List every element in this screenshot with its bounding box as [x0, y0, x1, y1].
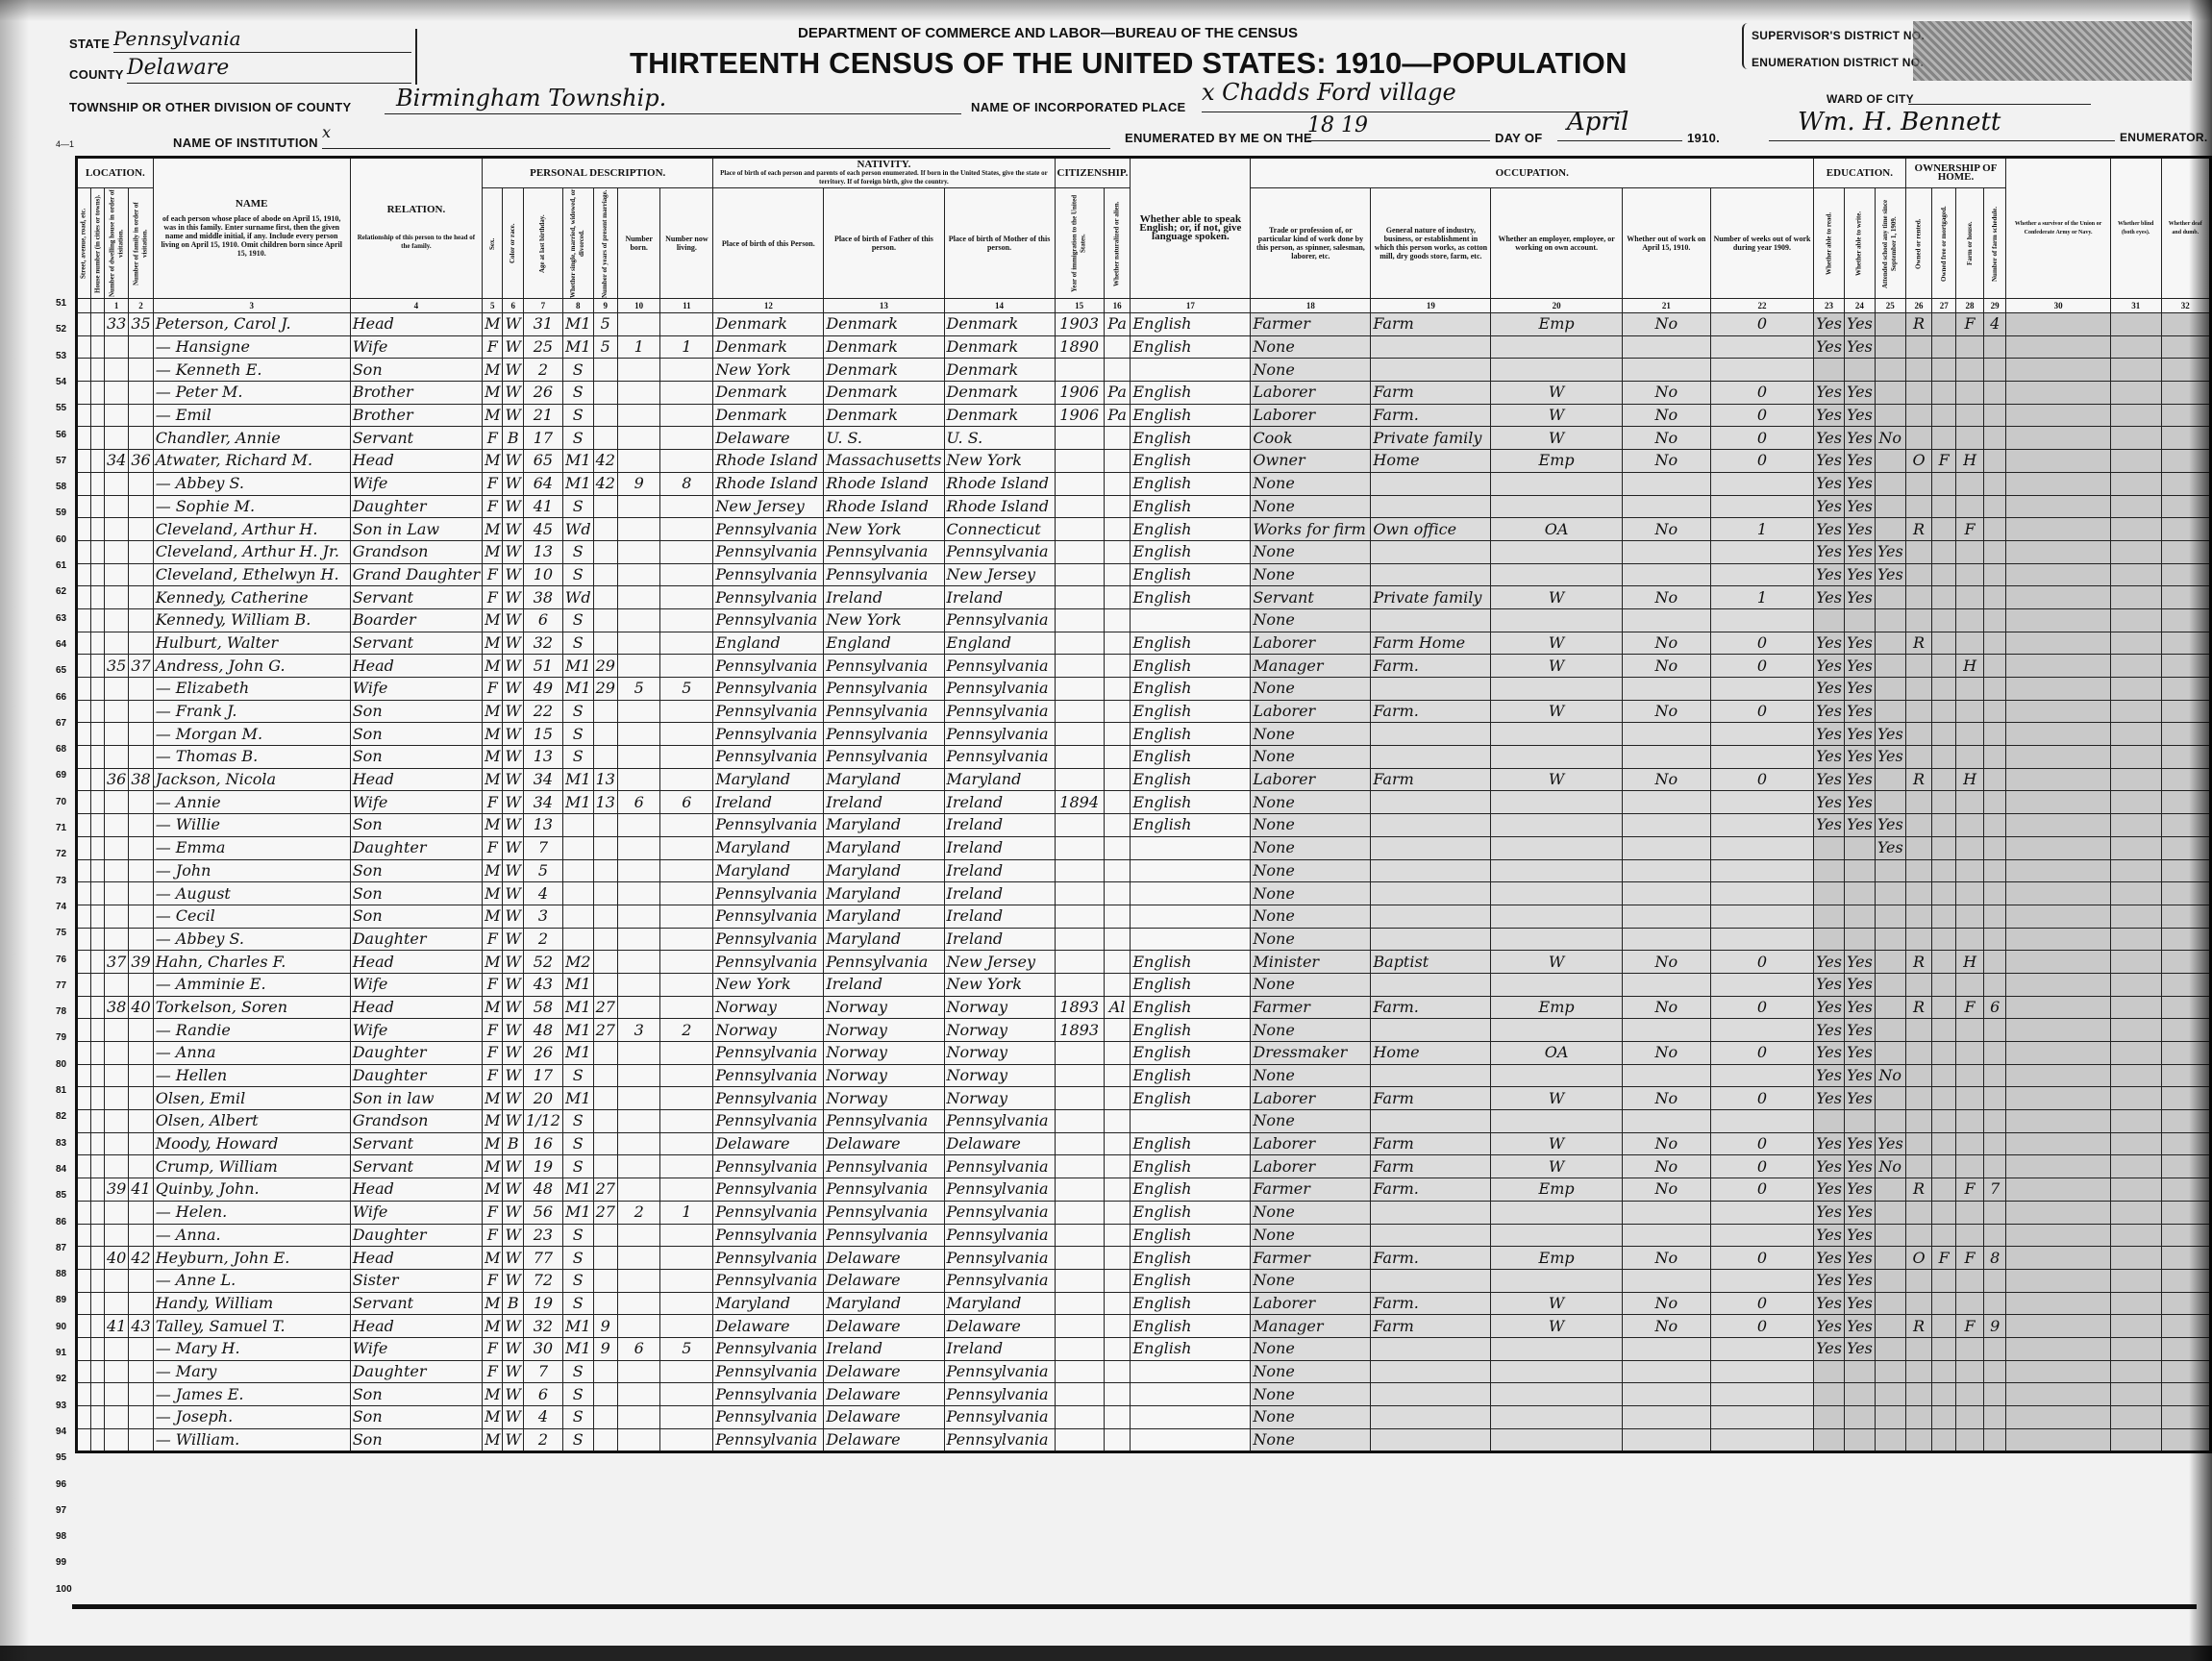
out-of-work-cell [1622, 905, 1710, 928]
age-cell: 48 [523, 1019, 562, 1042]
can-write-cell: Yes [1844, 1315, 1875, 1338]
can-write-cell [1844, 905, 1875, 928]
children-born-cell [617, 905, 660, 928]
column-number: 2 [129, 299, 153, 313]
language-cell: English [1131, 1132, 1251, 1155]
attended-school-cell [1875, 655, 1905, 678]
can-read-cell: Yes [1814, 632, 1845, 655]
out-of-work-cell: No [1622, 586, 1710, 609]
out-of-work-cell [1622, 859, 1710, 882]
dwelling-number-cell [105, 928, 129, 951]
farm-schedule-cell [1984, 723, 2006, 746]
industry-cell [1371, 678, 1491, 701]
can-read-cell: Yes [1814, 1247, 1845, 1270]
farm-schedule-cell [1984, 495, 2006, 518]
weeks-out-cell [1710, 359, 1813, 382]
marital-status-cell [562, 814, 593, 837]
farm-schedule-cell: 6 [1984, 996, 2006, 1019]
years-married-cell [593, 973, 617, 996]
language-cell: English [1131, 1155, 1251, 1178]
blind-cell [2110, 1224, 2161, 1247]
farm-schedule-cell [1984, 928, 2006, 951]
farm-schedule-cell [1984, 814, 2006, 837]
can-read-cell: Yes [1814, 1132, 1845, 1155]
veteran-cell [2006, 427, 2111, 450]
employer-status-cell [1491, 723, 1622, 746]
marital-status-cell [562, 836, 593, 859]
census-rows: 3335Peterson, Carol J.HeadMW31M15Denmark… [77, 313, 2211, 1452]
line-number: 88 [56, 1269, 66, 1279]
language-cell: English [1131, 427, 1251, 450]
free-mortgaged-cell [1932, 1110, 1956, 1133]
free-mortgaged-cell [1932, 814, 1956, 837]
race-cell: W [503, 882, 523, 905]
family-number-cell [129, 335, 153, 359]
incorporated-place-value: x Chadds Ford village [1202, 79, 1456, 106]
race-cell: W [503, 632, 523, 655]
empty-cell [91, 1110, 105, 1133]
marital-status-cell: M1 [562, 1337, 593, 1360]
children-born-cell [617, 746, 660, 769]
veteran-cell [2006, 1110, 2111, 1133]
veteran-cell [2006, 859, 2111, 882]
attended-school-cell [1875, 404, 1905, 427]
naturalization-cell [1104, 1247, 1131, 1270]
out-of-work-cell [1622, 814, 1710, 837]
children-born-cell [617, 1110, 660, 1133]
col-children-living: Number now living. [660, 188, 713, 299]
table-row: Cleveland, Arthur H. Jr.GrandsonMW13SPen… [77, 540, 2211, 563]
scan-bottom-edge [0, 1646, 2212, 1661]
table-row: — William.SonMW2SPennsylvaniaDelawarePen… [77, 1428, 2211, 1452]
race-cell: W [503, 1064, 523, 1087]
mother-birthplace-cell: Ireland [944, 928, 1055, 951]
children-living-cell [660, 382, 713, 405]
empty-cell [77, 905, 91, 928]
table-row: — HellenDaughterFW17SPennsylvaniaNorwayN… [77, 1064, 2211, 1087]
sex-cell: M [483, 382, 503, 405]
can-write-cell: Yes [1844, 1201, 1875, 1224]
birthplace-cell: Pennsylvania [713, 1383, 824, 1406]
owned-rented-cell [1905, 1110, 1932, 1133]
weeks-out-cell [1710, 791, 1813, 814]
children-living-cell: 1 [660, 335, 713, 359]
years-married-cell: 5 [593, 313, 617, 336]
free-mortgaged-cell [1932, 1178, 1956, 1202]
out-of-work-cell: No [1622, 382, 1710, 405]
blind-cell [2110, 1383, 2161, 1406]
years-married-cell [593, 1292, 617, 1315]
trade-cell: Manager [1251, 1315, 1371, 1338]
owned-rented-cell: R [1905, 951, 1932, 974]
person-name-cell: — Emma [153, 836, 350, 859]
age-cell: 52 [523, 951, 562, 974]
industry-cell: Private family [1371, 427, 1491, 450]
father-birthplace-cell: New York [824, 608, 944, 632]
person-name-cell: Heyburn, John E. [153, 1247, 350, 1270]
weeks-out-cell [1710, 563, 1813, 586]
farm-house-cell [1956, 404, 1984, 427]
free-mortgaged-cell [1932, 1383, 1956, 1406]
trade-cell: None [1251, 540, 1371, 563]
sex-cell: M [483, 450, 503, 473]
race-cell: W [503, 313, 523, 336]
marital-status-cell: M1 [562, 996, 593, 1019]
relation-cell: Son [350, 882, 482, 905]
attended-school-cell: No [1875, 427, 1905, 450]
farm-schedule-cell [1984, 427, 2006, 450]
trade-cell: None [1251, 1383, 1371, 1406]
can-write-cell [1844, 1110, 1875, 1133]
industry-cell: Farm. [1371, 1247, 1491, 1270]
children-born-cell [617, 951, 660, 974]
column-number: 27 [1932, 299, 1956, 313]
dwelling-number-cell [105, 1042, 129, 1065]
age-cell: 56 [523, 1201, 562, 1224]
children-living-cell [660, 1132, 713, 1155]
years-married-cell: 9 [593, 1337, 617, 1360]
dwelling-number-cell [105, 973, 129, 996]
relation-cell: Wife [350, 472, 482, 495]
children-born-cell [617, 973, 660, 996]
immigration-year-cell: 1890 [1055, 335, 1104, 359]
table-row: — EmilBrotherMW21SDenmarkDenmarkDenmark1… [77, 404, 2211, 427]
owned-rented-cell [1905, 791, 1932, 814]
col-read: Whether able to read. [1814, 188, 1845, 299]
birthplace-cell: Norway [713, 996, 824, 1019]
years-married-cell: 27 [593, 996, 617, 1019]
mother-birthplace-cell: Norway [944, 1019, 1055, 1042]
children-living-cell [660, 1406, 713, 1429]
employer-status-cell: W [1491, 655, 1622, 678]
empty-cell [91, 951, 105, 974]
birthplace-cell: New York [713, 973, 824, 996]
children-born-cell [617, 1064, 660, 1087]
deaf-cell [2161, 1315, 2211, 1338]
deaf-cell [2161, 928, 2211, 951]
owned-rented-cell: O [1905, 1247, 1932, 1270]
person-name-cell: — Thomas B. [153, 746, 350, 769]
children-living-cell [660, 1110, 713, 1133]
birthplace-cell: Pennsylvania [713, 1155, 824, 1178]
empty-cell [77, 359, 91, 382]
immigration-year-cell [1055, 700, 1104, 723]
attended-school-cell: Yes [1875, 1132, 1905, 1155]
language-cell: English [1131, 1247, 1251, 1270]
person-name-cell: — Amminie E. [153, 973, 350, 996]
marital-status-cell: Wd [562, 518, 593, 541]
attended-school-cell [1875, 791, 1905, 814]
farm-house-cell [1956, 973, 1984, 996]
children-living-cell [660, 905, 713, 928]
children-living-cell [660, 1087, 713, 1110]
relation-cell: Wife [350, 973, 482, 996]
blind-cell [2110, 632, 2161, 655]
immigration-year-cell [1055, 1383, 1104, 1406]
free-mortgaged-cell [1932, 335, 1956, 359]
can-write-cell: Yes [1844, 1087, 1875, 1110]
trade-cell: Laborer [1251, 1292, 1371, 1315]
table-row: Olsen, EmilSon in lawMW20M1PennsylvaniaN… [77, 1087, 2211, 1110]
weeks-out-cell [1710, 1406, 1813, 1429]
naturalization-cell [1104, 335, 1131, 359]
blind-cell [2110, 951, 2161, 974]
immigration-year-cell [1055, 495, 1104, 518]
birthplace-cell: Norway [713, 1019, 824, 1042]
race-cell: W [503, 1269, 523, 1292]
immigration-year-cell [1055, 836, 1104, 859]
sex-cell: M [483, 655, 503, 678]
column-number: 29 [1984, 299, 2006, 313]
age-cell: 25 [523, 335, 562, 359]
farm-schedule-cell [1984, 1224, 2006, 1247]
children-living-cell [660, 404, 713, 427]
weeks-out-cell: 0 [1710, 1132, 1813, 1155]
weeks-out-cell [1710, 1224, 1813, 1247]
mother-birthplace-cell: Ireland [944, 814, 1055, 837]
empty-cell [77, 723, 91, 746]
immigration-year-cell [1055, 472, 1104, 495]
father-birthplace-cell: U. S. [824, 427, 944, 450]
years-married-cell [593, 814, 617, 837]
age-cell: 49 [523, 678, 562, 701]
farm-house-cell [1956, 836, 1984, 859]
owned-rented-cell: O [1905, 450, 1932, 473]
industry-cell [1371, 359, 1491, 382]
immigration-year-cell: 1893 [1055, 1019, 1104, 1042]
out-of-work-cell: No [1622, 1155, 1710, 1178]
person-name-cell: Cleveland, Arthur H. Jr. [153, 540, 350, 563]
dwelling-number-cell [105, 723, 129, 746]
free-mortgaged-cell [1932, 540, 1956, 563]
immigration-year-cell [1055, 1224, 1104, 1247]
race-cell: W [503, 404, 523, 427]
industry-cell [1371, 836, 1491, 859]
children-born-cell [617, 586, 660, 609]
sex-cell: F [483, 427, 503, 450]
farm-schedule-cell [1984, 973, 2006, 996]
deaf-cell [2161, 1337, 2211, 1360]
trade-cell: None [1251, 1110, 1371, 1133]
sex-cell: M [483, 632, 503, 655]
farm-house-cell [1956, 335, 1984, 359]
col-dwelling: Number of dwelling house in order of vis… [105, 188, 129, 299]
free-mortgaged-cell [1932, 905, 1956, 928]
column-number: 7 [523, 299, 562, 313]
veteran-cell [2006, 563, 2111, 586]
free-mortgaged-cell [1932, 608, 1956, 632]
free-mortgaged-cell [1932, 1042, 1956, 1065]
blind-cell [2110, 335, 2161, 359]
naturalization-cell [1104, 1315, 1131, 1338]
trade-cell: None [1251, 1269, 1371, 1292]
can-write-cell: Yes [1844, 973, 1875, 996]
race-cell: W [503, 586, 523, 609]
farm-schedule-cell [1984, 563, 2006, 586]
farm-schedule-cell [1984, 608, 2006, 632]
naturalization-cell [1104, 928, 1131, 951]
father-birthplace-cell: Maryland [824, 1292, 944, 1315]
naturalization-cell [1104, 1064, 1131, 1087]
out-of-work-cell [1622, 540, 1710, 563]
immigration-year-cell: 1893 [1055, 996, 1104, 1019]
owned-rented-cell [1905, 1087, 1932, 1110]
empty-cell [91, 382, 105, 405]
employer-status-cell: OA [1491, 1042, 1622, 1065]
free-mortgaged-cell [1932, 1064, 1956, 1087]
deaf-cell [2161, 1247, 2211, 1270]
race-cell: W [503, 563, 523, 586]
family-number-cell [129, 427, 153, 450]
empty-cell [91, 1178, 105, 1202]
month-value: April [1567, 108, 1628, 136]
farm-house-cell [1956, 882, 1984, 905]
line-number: 75 [56, 928, 66, 938]
relation-cell: Head [350, 313, 482, 336]
deaf-cell [2161, 746, 2211, 769]
line-number: 59 [56, 508, 66, 518]
can-read-cell [1814, 1360, 1845, 1383]
column-number: 9 [593, 299, 617, 313]
column-number [77, 299, 91, 313]
language-cell: English [1131, 404, 1251, 427]
can-read-cell: Yes [1814, 1178, 1845, 1202]
birthplace-cell: Pennsylvania [713, 586, 824, 609]
race-cell: W [503, 1042, 523, 1065]
farm-house-cell [1956, 859, 1984, 882]
attended-school-cell [1875, 518, 1905, 541]
birthplace-cell: Delaware [713, 427, 824, 450]
line-number: 63 [56, 613, 66, 624]
industry-cell: Farm [1371, 1087, 1491, 1110]
free-mortgaged-cell [1932, 1406, 1956, 1429]
years-married-cell [593, 1269, 617, 1292]
column-number: 28 [1956, 299, 1984, 313]
language-cell: English [1131, 1042, 1251, 1065]
years-married-cell: 27 [593, 1201, 617, 1224]
person-name-cell: — Mary [153, 1360, 350, 1383]
children-living-cell: 1 [660, 1201, 713, 1224]
relation-cell: Sister [350, 1269, 482, 1292]
children-born-cell [617, 1247, 660, 1270]
language-cell: English [1131, 472, 1251, 495]
mother-birthplace-cell: New Jersey [944, 563, 1055, 586]
weeks-out-cell [1710, 836, 1813, 859]
deaf-cell [2161, 1428, 2211, 1452]
naturalization-cell [1104, 700, 1131, 723]
trade-cell: None [1251, 495, 1371, 518]
children-living-cell [660, 313, 713, 336]
race-cell: W [503, 495, 523, 518]
employer-status-cell [1491, 1337, 1622, 1360]
children-living-cell: 5 [660, 678, 713, 701]
industry-cell: Farm [1371, 1155, 1491, 1178]
free-mortgaged-cell [1932, 427, 1956, 450]
dwelling-number-cell: 37 [105, 951, 129, 974]
sex-cell: F [483, 928, 503, 951]
immigration-year-cell [1055, 655, 1104, 678]
veteran-cell [2006, 836, 2111, 859]
mother-birthplace-cell: Pennsylvania [944, 1201, 1055, 1224]
language-cell [1131, 608, 1251, 632]
empty-cell [77, 882, 91, 905]
trade-cell: Farmer [1251, 313, 1371, 336]
naturalization-cell [1104, 1110, 1131, 1133]
deaf-cell [2161, 723, 2211, 746]
children-born-cell [617, 859, 660, 882]
empty-cell [91, 1155, 105, 1178]
weeks-out-cell: 0 [1710, 404, 1813, 427]
father-birthplace-cell: England [824, 632, 944, 655]
person-name-cell: — Anna [153, 1042, 350, 1065]
language-cell: English [1131, 1064, 1251, 1087]
table-row: — HansigneWifeFW25M1511DenmarkDenmarkDen… [77, 335, 2211, 359]
naturalization-cell [1104, 1406, 1131, 1429]
line-number: 69 [56, 770, 66, 781]
language-cell: English [1131, 1178, 1251, 1202]
family-number-cell [129, 1132, 153, 1155]
trade-cell: Farmer [1251, 996, 1371, 1019]
empty-cell [91, 996, 105, 1019]
can-read-cell [1814, 608, 1845, 632]
dwelling-number-cell: 36 [105, 768, 129, 791]
language-cell: English [1131, 973, 1251, 996]
can-read-cell: Yes [1814, 335, 1845, 359]
family-number-cell: 39 [129, 951, 153, 974]
veteran-cell [2006, 1155, 2111, 1178]
person-name-cell: — Sophie M. [153, 495, 350, 518]
weeks-out-cell: 0 [1710, 1087, 1813, 1110]
immigration-year-cell [1055, 518, 1104, 541]
line-number: 52 [56, 324, 66, 335]
person-name-cell: Handy, William [153, 1292, 350, 1315]
can-write-cell: Yes [1844, 746, 1875, 769]
line-number: 57 [56, 456, 66, 466]
naturalization-cell [1104, 1360, 1131, 1383]
attended-school-cell [1875, 882, 1905, 905]
person-name-cell: Talley, Samuel T. [153, 1315, 350, 1338]
industry-cell: Farm. [1371, 1292, 1491, 1315]
employer-status-cell: Emp [1491, 996, 1622, 1019]
father-birthplace-cell: Pennsylvania [824, 951, 944, 974]
father-birthplace-cell: Denmark [824, 359, 944, 382]
free-mortgaged-cell [1932, 973, 1956, 996]
employer-status-cell [1491, 836, 1622, 859]
children-born-cell: 5 [617, 678, 660, 701]
can-read-cell: Yes [1814, 1064, 1845, 1087]
group-name: NAME of each person whose place of abode… [153, 158, 350, 299]
immigration-year-cell [1055, 1178, 1104, 1202]
farm-schedule-cell [1984, 1406, 2006, 1429]
attended-school-cell [1875, 951, 1905, 974]
farm-schedule-cell [1984, 472, 2006, 495]
trade-cell: None [1251, 882, 1371, 905]
birthplace-cell: Denmark [713, 335, 824, 359]
children-born-cell [617, 1042, 660, 1065]
col-age: Age at last birthday. [523, 188, 562, 299]
marital-status-cell: S [562, 404, 593, 427]
farm-schedule-cell [1984, 1428, 2006, 1452]
birthplace-cell: Pennsylvania [713, 951, 824, 974]
farm-house-cell [1956, 608, 1984, 632]
col-birthplace-father: Place of birth of Father of this person. [824, 188, 944, 299]
free-mortgaged-cell [1932, 313, 1956, 336]
district-bracket [1742, 23, 1748, 69]
line-number: 60 [56, 534, 66, 545]
children-born-cell: 2 [617, 1201, 660, 1224]
can-read-cell: Yes [1814, 973, 1845, 996]
naturalization-cell [1104, 1292, 1131, 1315]
